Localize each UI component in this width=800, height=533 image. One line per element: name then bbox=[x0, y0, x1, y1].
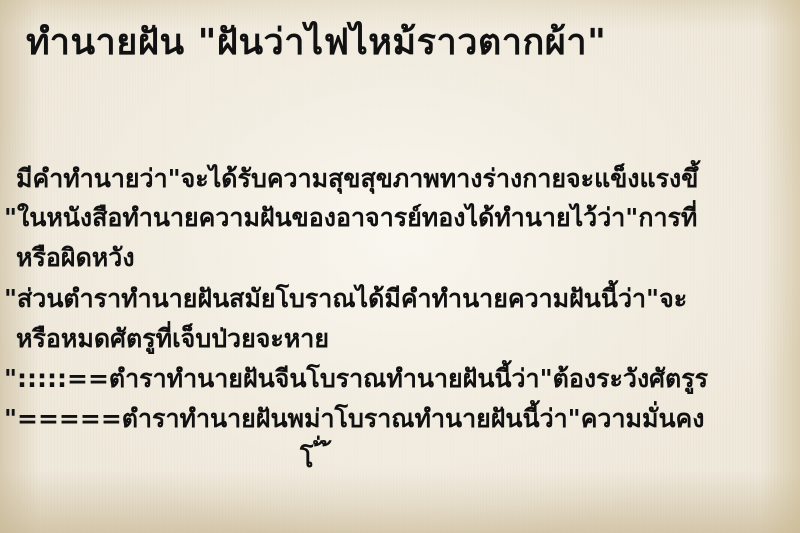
text-line-1: มีคำทำนายว่า"จะได้รับความสุขสุขภาพทางร่า… bbox=[16, 162, 698, 196]
text-line-4: "ส่วนตำราทำนายฝันสมัยโบราณได้มีคำทำนายคว… bbox=[4, 282, 687, 316]
text-line-8-partial: โ ้่ ้ bbox=[300, 442, 330, 476]
text-line-6: ":::::==ตำราทำนายฝันจีนโบราณทำนายฝันนี้ว… bbox=[4, 362, 708, 396]
text-line-2: "ในหนังสือทำนายความฝันของอาจารย์ทองได้ทำ… bbox=[4, 201, 697, 235]
dream-interpretation-page: ทำนายฝัน "ฝันว่าไฟไหม้ราวตากผ้า" มีคำทำน… bbox=[0, 0, 800, 533]
text-line-3: หรือผิดหวัง bbox=[16, 241, 135, 275]
text-line-5: หรือหมดศัตรูที่เจ็บป่วยจะหาย bbox=[16, 322, 329, 356]
text-line-7: "=====ตำราทำนายฝันพม่าโบราณทำนายฝันนี้ว่… bbox=[4, 402, 705, 436]
page-title: ทำนายฝัน "ฝันว่าไฟไหม้ราวตากผ้า" bbox=[26, 20, 606, 66]
